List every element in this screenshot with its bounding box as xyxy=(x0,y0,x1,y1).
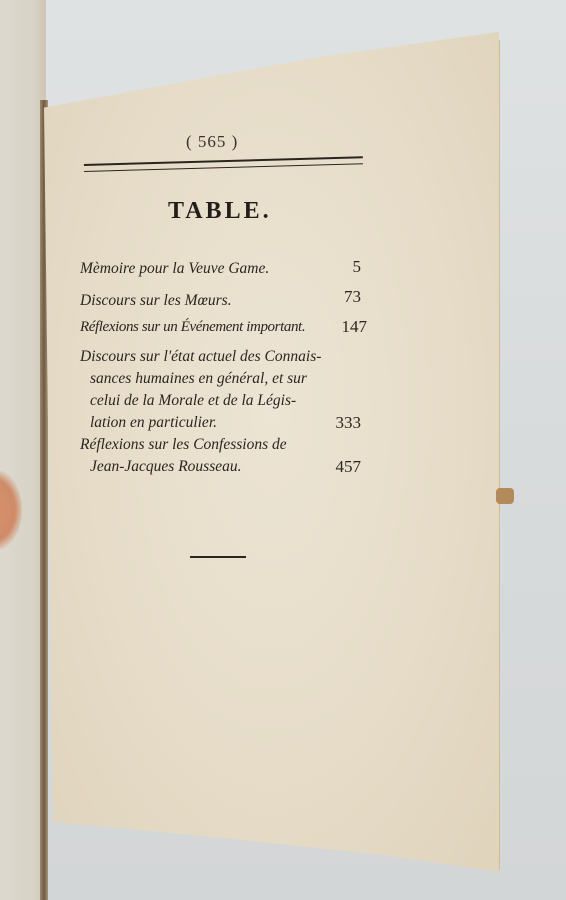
toc-entry: Discours sur l'état actuel des Connais- … xyxy=(80,346,365,434)
page-content: ( 565 ) TABLE. Mèmoire pour la Veuve Gam… xyxy=(0,0,566,900)
toc-entry: Réflexions sur un Événement important. 1… xyxy=(80,316,365,338)
entry-page: 73 xyxy=(344,286,361,308)
end-rule-divider xyxy=(190,556,246,558)
entry-page: 5 xyxy=(353,256,362,278)
entry-title: Réflexions sur un Événement important. xyxy=(80,316,365,338)
entry-title-line: sances humaines en général, et sur xyxy=(80,368,365,390)
entry-title-line: lation en particulier. xyxy=(80,412,365,434)
entry-page: 333 xyxy=(336,412,362,434)
double-rule-divider xyxy=(84,156,363,172)
toc-entry: Discours sur les Mœurs. 73 xyxy=(80,290,365,312)
entry-title-line: Jean-Jacques Rousseau. xyxy=(80,456,365,478)
entry-title-line: Discours sur l'état actuel des Connais- xyxy=(80,346,365,368)
toc-entry: Réflexions sur les Confessions de Jean-J… xyxy=(80,434,365,478)
entry-page: 457 xyxy=(336,456,362,478)
page-title: TABLE. xyxy=(168,198,272,225)
toc-entry: Mèmoire pour la Veuve Game. 5 xyxy=(80,258,365,280)
page-number: ( 565 ) xyxy=(186,132,238,152)
entry-title: Discours sur les Mœurs. xyxy=(80,290,365,312)
entry-title: Mèmoire pour la Veuve Game. xyxy=(80,258,365,280)
entry-title-line: celui de la Morale et de la Légis- xyxy=(80,390,365,412)
entry-page: 147 xyxy=(342,316,368,338)
entry-title-line: Réflexions sur les Confessions de xyxy=(80,434,365,456)
